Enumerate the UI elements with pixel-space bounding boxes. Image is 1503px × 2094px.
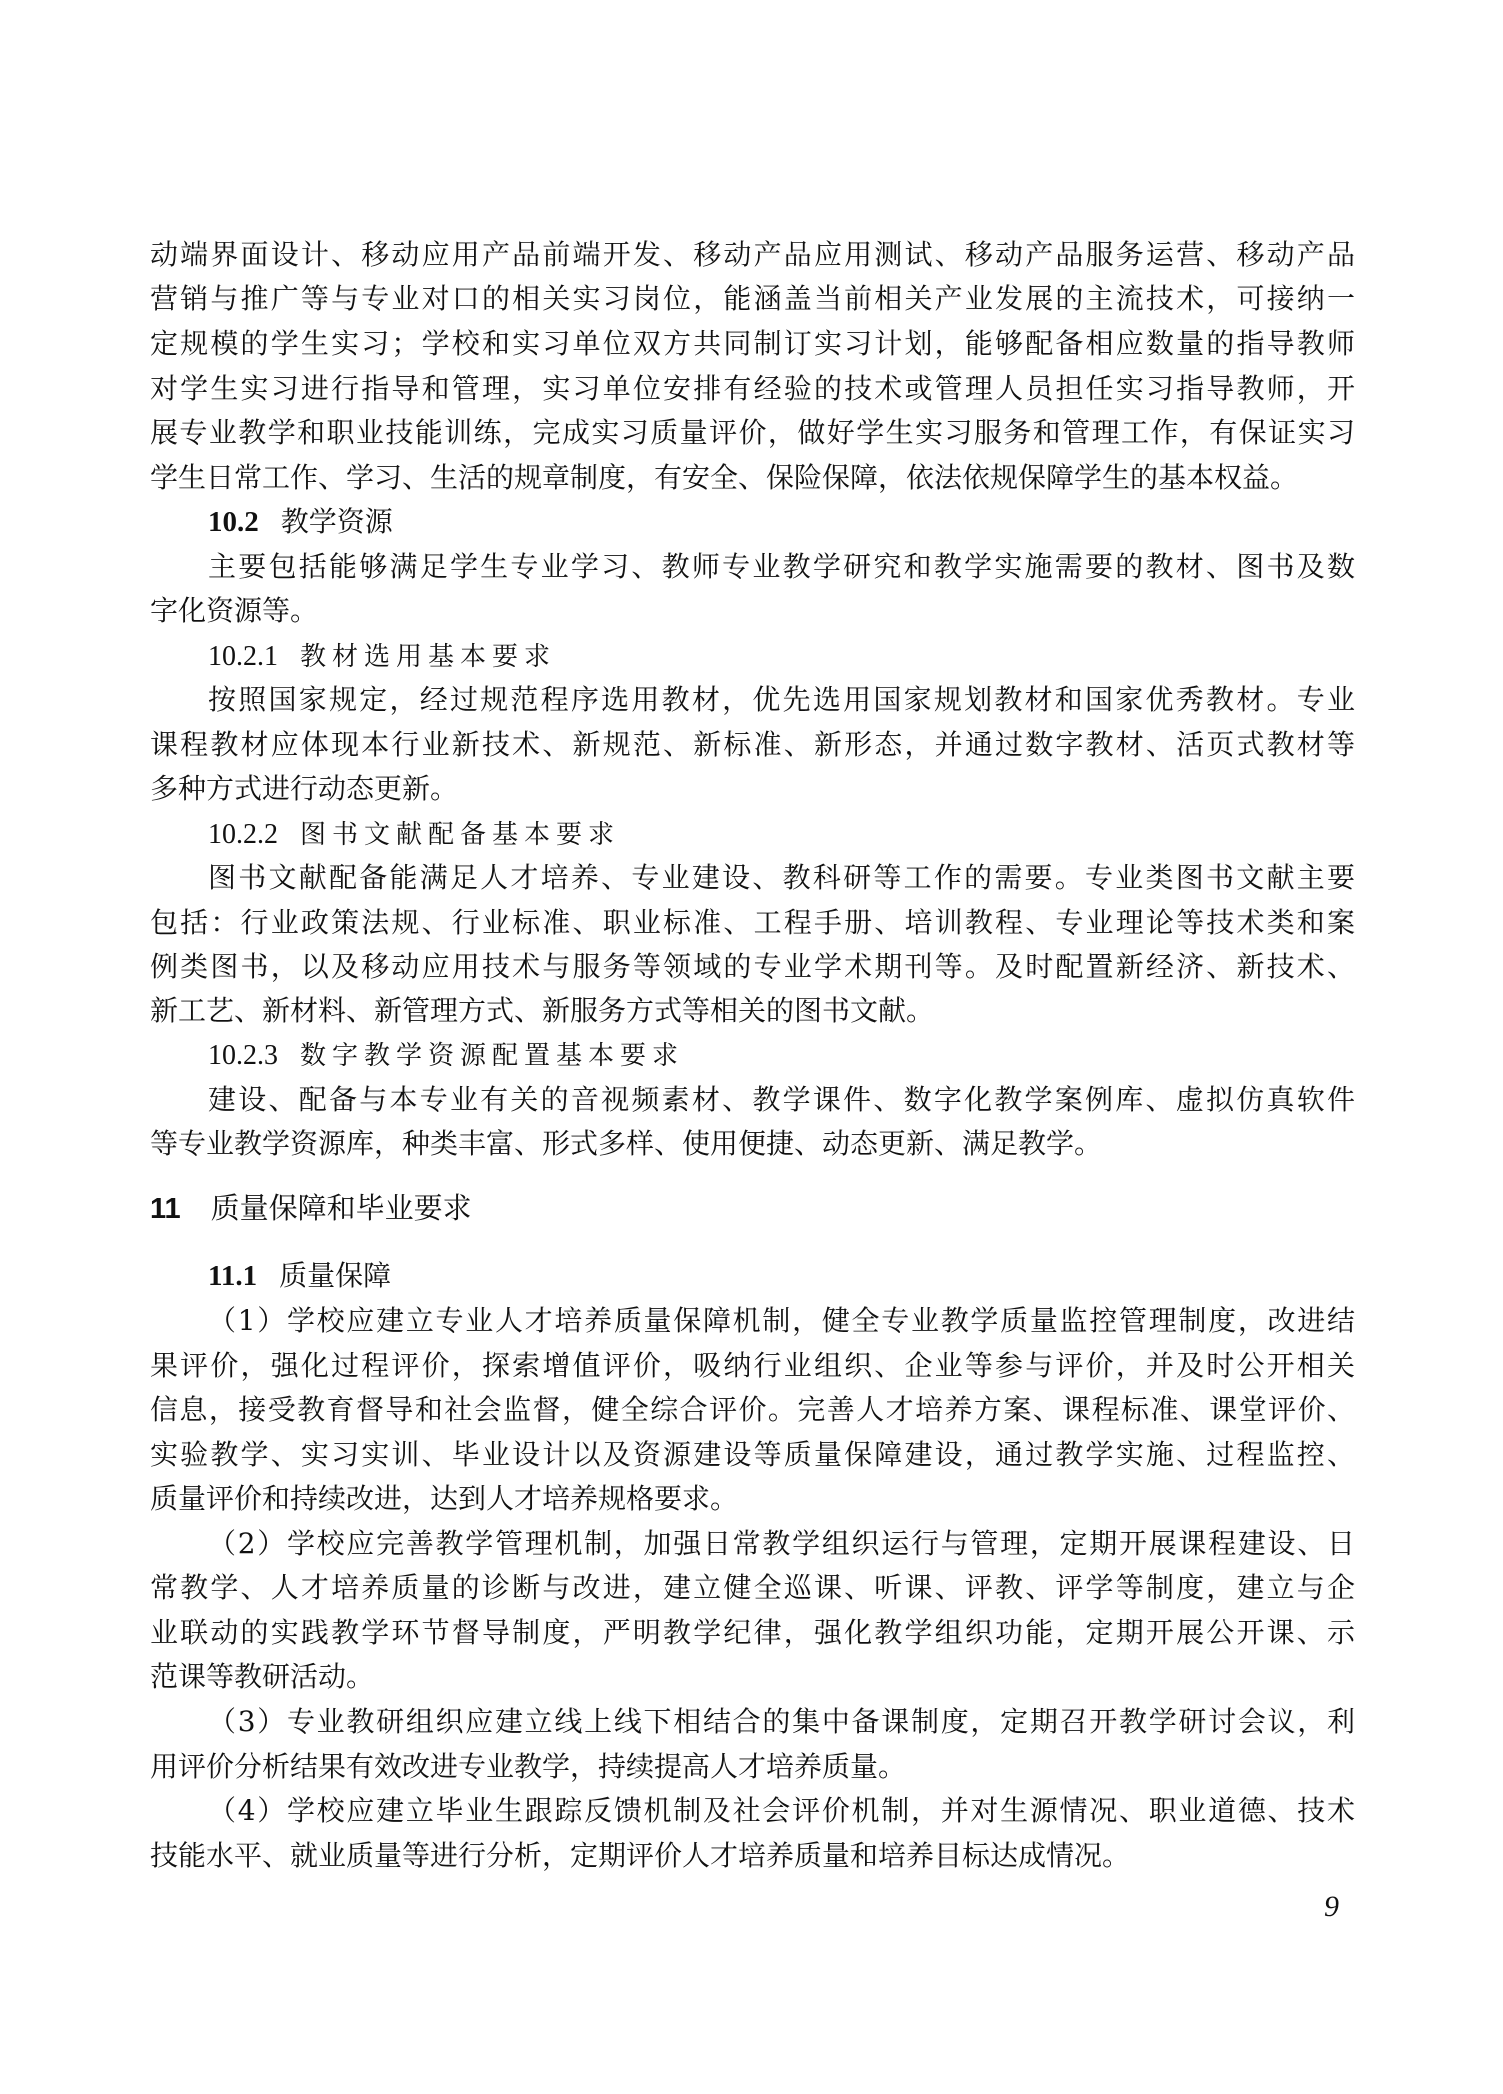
paragraph-line: 范课等教研活动。	[150, 1657, 1355, 1697]
paragraph-line: 图书文献配备能满足人才培养、专业建设、教科研等工作的需要。专业类图书文献主要	[208, 858, 1355, 898]
subsection-title: 教材选用基本要求	[300, 642, 556, 672]
paragraph-line: 质量评价和持续改进，达到人才培养规格要求。	[150, 1479, 1355, 1519]
subsection-title: 数字教学资源配置基本要求	[300, 1041, 684, 1071]
subsection-number: 10.2.3	[208, 1040, 278, 1071]
paragraph-line: 营销与推广等与专业对口的相关实习岗位，能涵盖当前相关产业发展的主流技术，可接纳一	[150, 279, 1355, 319]
paragraph-line: （4）学校应建立毕业生跟踪反馈机制及社会评价机制，并对生源情况、职业道德、技术	[208, 1791, 1355, 1831]
paragraph-line: 例类图书，以及移动应用技术与服务等领域的专业学术期刊等。及时配置新经济、新技术、	[150, 947, 1355, 987]
paragraph-line: 新工艺、新材料、新管理方式、新服务方式等相关的图书文献。	[150, 991, 1355, 1031]
section-heading-10-2: 10.2教学资源	[208, 502, 1355, 542]
paragraph-line: 建设、配备与本专业有关的音视频素材、教学课件、数字化教学案例库、虚拟仿真软件	[208, 1080, 1355, 1120]
subsection-title: 图书文献配备基本要求	[300, 820, 620, 850]
paragraph-line: 包括：行业政策法规、行业标准、职业标准、工程手册、培训教程、专业理论等技术类和案	[150, 903, 1355, 943]
section-title: 教学资源	[281, 505, 393, 538]
section-title: 质量保障	[279, 1259, 391, 1292]
paragraph-line: 业联动的实践教学环节督导制度，严明教学纪律，强化教学组织功能，定期开展公开课、示	[150, 1613, 1355, 1653]
paragraph-line: 果评价，强化过程评价，探索增值评价，吸纳行业组织、企业等参与评价，并及时公开相关	[150, 1346, 1355, 1386]
paragraph-line: 字化资源等。	[150, 591, 1355, 631]
subsection-heading-10-2-1: 10.2.1教材选用基本要求	[208, 636, 1355, 676]
paragraph-line: （1）学校应建立专业人才培养质量保障机制，健全专业教学质量监控管理制度，改进结	[208, 1301, 1355, 1341]
chapter-number: 11	[150, 1193, 181, 1225]
paragraph-line: 按照国家规定，经过规范程序选用教材，优先选用国家规划教材和国家优秀教材。专业	[208, 680, 1355, 720]
paragraph-line: 实验教学、实习实训、毕业设计以及资源建设等质量保障建设，通过教学实施、过程监控、	[150, 1435, 1355, 1475]
paragraph-line: 展专业教学和职业技能训练，完成实习质量评价，做好学生实习服务和管理工作，有保证实…	[150, 413, 1355, 453]
paragraph-line: 等专业教学资源库，种类丰富、形式多样、使用便捷、动态更新、满足教学。	[150, 1124, 1355, 1164]
subsection-heading-10-2-2: 10.2.2图书文献配备基本要求	[208, 814, 1355, 854]
paragraph-line: 动端界面设计、移动应用产品前端开发、移动产品应用测试、移动产品服务运营、移动产品	[150, 235, 1355, 275]
chapter-title: 质量保障和毕业要求	[211, 1191, 472, 1225]
paragraph-line: 用评价分析结果有效改进专业教学，持续提高人才培养质量。	[150, 1747, 1355, 1787]
section-heading-11-1: 11.1质量保障	[208, 1256, 1355, 1296]
paragraph-line: 信息，接受教育督导和社会监督，健全综合评价。完善人才培养方案、课程标准、课堂评价…	[150, 1390, 1355, 1430]
paragraph-line: 对学生实习进行指导和管理，实习单位安排有经验的技术或管理人员担任实习指导教师，开	[150, 369, 1355, 409]
paragraph-line: 课程教材应体现本行业新技术、新规范、新标准、新形态，并通过数字教材、活页式教材等	[150, 725, 1355, 765]
section-number: 11.1	[208, 1260, 257, 1292]
paragraph-line: （3）专业教研组织应建立线上线下相结合的集中备课制度，定期召开教学研讨会议，利	[208, 1702, 1355, 1742]
paragraph-line: 主要包括能够满足学生专业学习、教师专业教学研究和教学实施需要的教材、图书及数	[208, 547, 1355, 587]
chapter-heading-11: 11质量保障和毕业要求	[150, 1188, 1355, 1228]
paragraph-line: 定规模的学生实习；学校和实习单位双方共同制订实习计划，能够配备相应数量的指导教师	[150, 324, 1355, 364]
subsection-number: 10.2.2	[208, 819, 278, 850]
paragraph-line: 学生日常工作、学习、生活的规章制度，有安全、保险保障，依法依规保障学生的基本权益…	[150, 458, 1355, 498]
paragraph-line: 技能水平、就业质量等进行分析，定期评价人才培养质量和培养目标达成情况。	[150, 1836, 1355, 1876]
page-number: 9	[1324, 1890, 1339, 1924]
paragraph-line: 常教学、人才培养质量的诊断与改进，建立健全巡课、听课、评教、评学等制度，建立与企	[150, 1568, 1355, 1608]
subsection-number: 10.2.1	[208, 641, 278, 672]
document-page: 动端界面设计、移动应用产品前端开发、移动产品应用测试、移动产品服务运营、移动产品…	[0, 0, 1503, 2094]
section-number: 10.2	[208, 506, 259, 538]
subsection-heading-10-2-3: 10.2.3数字教学资源配置基本要求	[208, 1035, 1355, 1075]
paragraph-line: 多种方式进行动态更新。	[150, 769, 1355, 809]
paragraph-line: （2）学校应完善教学管理机制，加强日常教学组织运行与管理，定期开展课程建设、日	[208, 1524, 1355, 1564]
